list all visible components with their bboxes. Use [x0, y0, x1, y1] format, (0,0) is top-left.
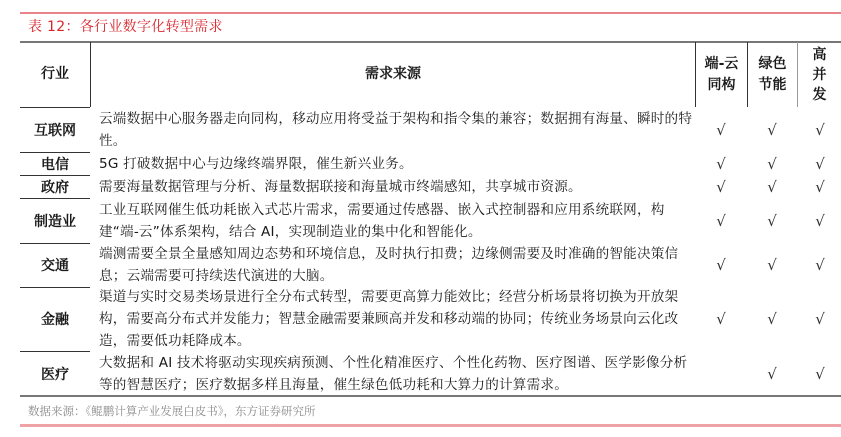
demand-cell: 大数据和 AI 技术将驱动实现疾病预测、个性化精准医疗、个性化药物、医疗图谱、医…: [99, 352, 695, 395]
demand-cell: 5G 打破数据中心与边缘终端界限，催生新兴业务。: [99, 152, 695, 175]
demand-cell: 需要海量数据管理与分析、海量数据联接和海量城市终端感知，共享城市资源。: [99, 175, 695, 198]
check-icon: √: [795, 243, 841, 287]
demand-cell: 工业互联网催生低功耗嵌入式芯片需求，需要通过传感器、嵌入式控制器和应用系统联网，…: [99, 199, 695, 243]
check-icon: √: [747, 352, 797, 395]
industry-cell: 互联网: [20, 108, 90, 152]
table-title: 表 12：各行业数字化转型需求: [28, 17, 223, 37]
industry-cell: 电信: [20, 152, 90, 175]
check-icon: √: [696, 287, 746, 351]
data-source-note: 数据来源：《鲲鹏计算产业发展白皮书》，东方证券研究所: [28, 402, 316, 420]
check-icon: √: [696, 243, 746, 287]
check-icon: √: [795, 199, 841, 243]
demand-cell: 端测需要全景全量感知周边态势和环境信息，及时执行扣费；边缘侧需要及时准确的智能决…: [99, 243, 695, 287]
industry-cell: 制造业: [20, 199, 90, 243]
check-icon: √: [747, 175, 797, 198]
bottom-accent-line: [20, 424, 841, 427]
header-industry: 行业: [20, 42, 90, 107]
check-icon: √: [747, 108, 797, 152]
header-edge-cloud: 端-云 同构: [696, 42, 747, 107]
check-icon: √: [747, 243, 797, 287]
check-icon: √: [747, 152, 797, 175]
check-icon: √: [696, 175, 746, 198]
check-icon: [696, 352, 746, 395]
check-icon: √: [747, 199, 797, 243]
check-icon: √: [747, 287, 797, 351]
header-demand-source: 需求来源: [91, 42, 695, 107]
check-icon: √: [696, 152, 746, 175]
header-high-concurrency: 高 并 发: [798, 42, 841, 107]
top-accent-line: [20, 12, 841, 14]
industry-cell: 金融: [20, 287, 90, 351]
header-green-energy: 绿色 节能: [748, 42, 797, 107]
industry-cell: 政府: [20, 175, 90, 198]
check-icon: √: [795, 152, 841, 175]
check-icon: √: [795, 175, 841, 198]
demand-cell: 渠道与实时交易类场景进行全分布式转型，需要更高算力能效比；经营分析场景将切换为开…: [99, 287, 695, 351]
demand-cell: 云端数据中心服务器走向同构，移动应用将受益于架构和指令集的兼容；数据拥有海量、瞬…: [99, 108, 695, 152]
check-icon: √: [795, 108, 841, 152]
table-bottom-rule: [20, 395, 841, 397]
check-icon: √: [795, 287, 841, 351]
check-icon: √: [696, 199, 746, 243]
industry-cell: 交通: [20, 243, 90, 287]
check-icon: √: [696, 108, 746, 152]
industry-cell: 医疗: [20, 352, 90, 395]
check-icon: √: [795, 352, 841, 395]
